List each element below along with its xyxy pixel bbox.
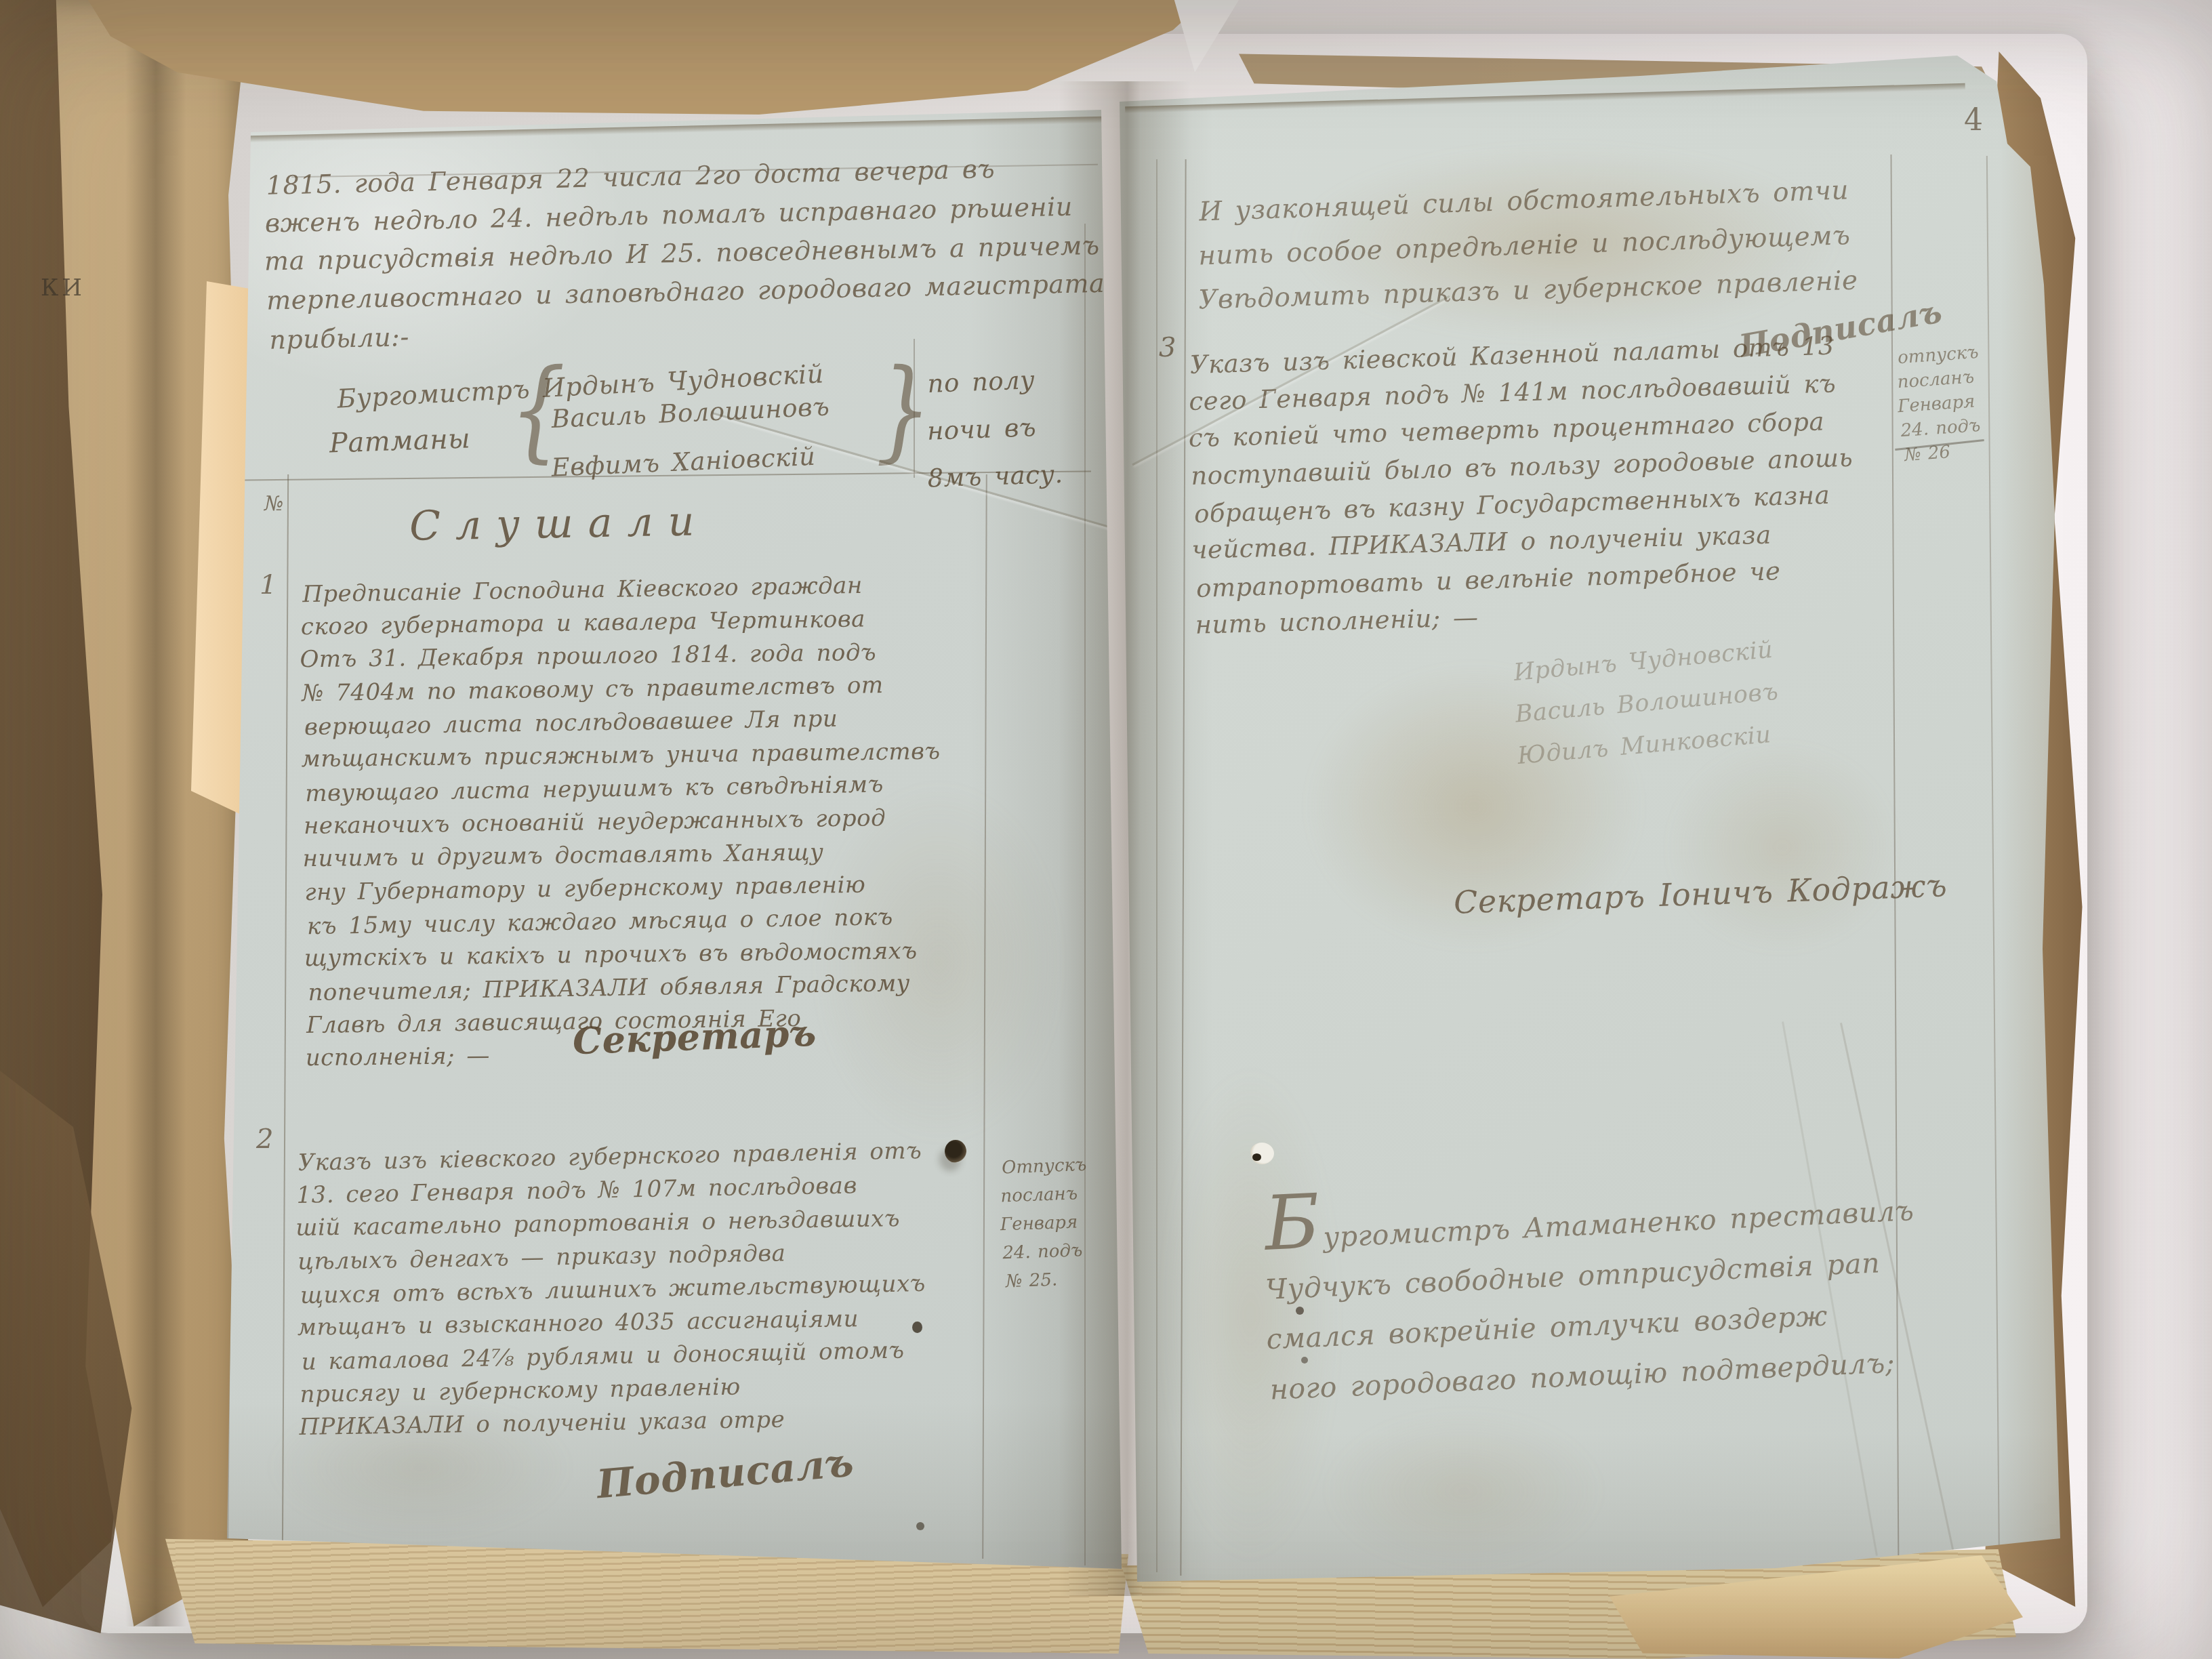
worm-hole bbox=[1250, 1143, 1274, 1164]
entry-3-text: Указъ изъ кіевской Казенной палаты отъ 1… bbox=[1187, 325, 1921, 644]
manuscript-line: ночи въ bbox=[926, 403, 1073, 455]
ratmany-members: Василь ВолошиновъЕвфимъ Ханіовскій bbox=[548, 380, 884, 492]
worm-hole bbox=[1301, 1357, 1308, 1364]
worm-hole bbox=[916, 1522, 924, 1530]
continuation-paragraph: И узаконящей силы обстоятельныхъ отчинит… bbox=[1196, 166, 1952, 324]
secretary-signature-left: Секретаръ bbox=[572, 1011, 817, 1063]
journal-header: 1815. года Генваря 22 числа 2го доста ве… bbox=[264, 148, 1081, 359]
paper-crevice-shadow bbox=[125, 0, 186, 1626]
entry-2-number: 2 bbox=[256, 1124, 274, 1155]
burgomister-paragraph: Бургомистръ Атаманенко преставилъЧудчукъ… bbox=[1261, 1168, 1921, 1415]
worm-hole bbox=[1296, 1307, 1304, 1315]
entry-2-text: Указъ изъ кіевского губернского правлені… bbox=[295, 1134, 992, 1445]
worm-hole bbox=[945, 1140, 966, 1163]
manuscript-line: 8мъ часу. bbox=[926, 450, 1073, 502]
spine-label: КИ bbox=[41, 274, 85, 302]
brace-close: } bbox=[876, 345, 932, 474]
entry-1-number: 1 bbox=[260, 569, 277, 600]
book-gutter bbox=[1059, 81, 1191, 1596]
manuscript-photo: КИ 1815. года Генваря 22 числа 2го доста… bbox=[0, 0, 2212, 1659]
number-column-header: № bbox=[264, 492, 284, 516]
entry-1-text: Предписаніе Господина Кіевского гражданс… bbox=[300, 568, 998, 1076]
worm-hole bbox=[1252, 1153, 1261, 1161]
heading-slushali: Слушали bbox=[409, 497, 710, 550]
manuscript-line: по полу bbox=[926, 355, 1073, 408]
ratmany-label: Ратманы bbox=[329, 423, 471, 459]
worm-hole bbox=[912, 1322, 922, 1333]
session-time: по полуночи въ8мъ часу. bbox=[924, 355, 1075, 502]
page-number: 4 bbox=[1964, 103, 1984, 138]
